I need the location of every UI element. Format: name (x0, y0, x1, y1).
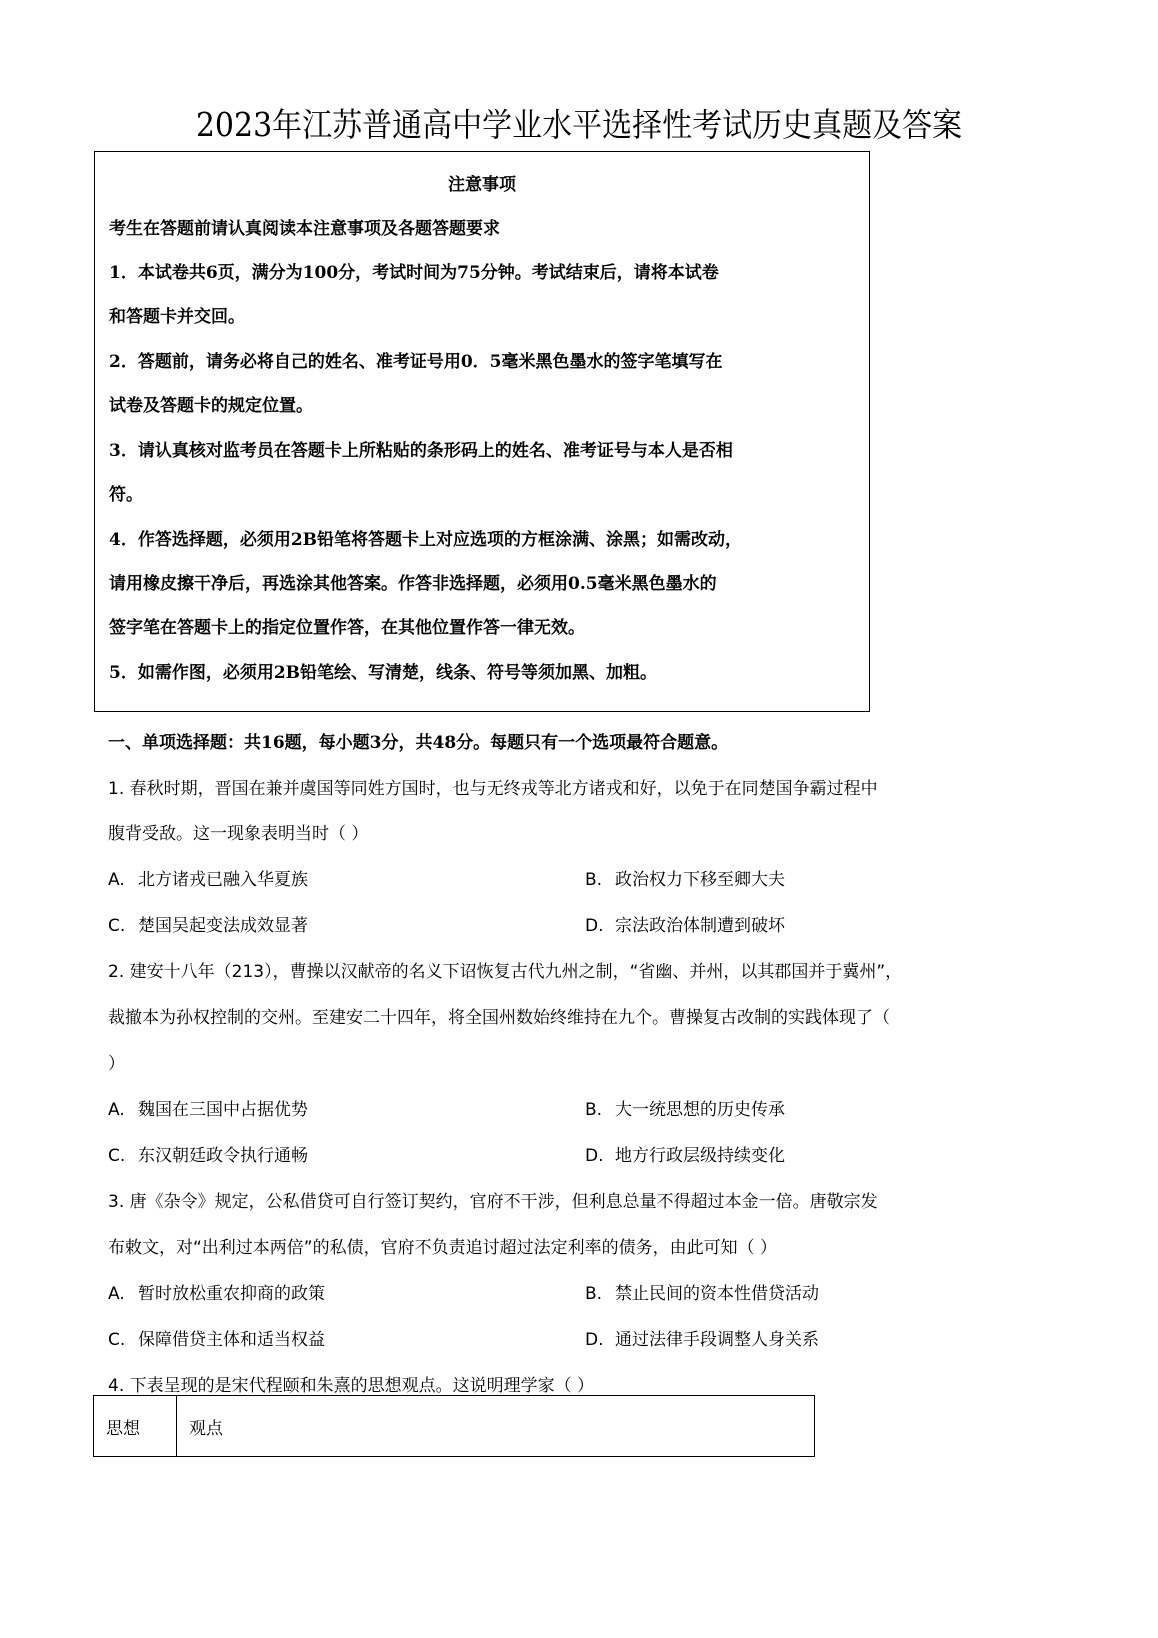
option-text: 魏国在三国中占据优势 (138, 1100, 308, 1120)
option-text: 北方诸戎已融入华夏族 (138, 870, 308, 890)
notice-line: 3．请认真核对监考员在答题卡上所粘贴的条形码上的姓名、准考证号与本人是否相 (109, 436, 733, 461)
page-title: 2023年江苏普通高中学业水平选择性考试历史真题及答案 (0, 98, 1158, 146)
table-header-cell: 思想 (94, 1396, 177, 1457)
option-letter: C. (108, 1330, 138, 1350)
option-letter: A. (108, 1284, 138, 1304)
notice-line: 请用橡皮擦干净后，再选涂其他答案。作答非选择题，必须用0.5毫米黑色墨水的 (109, 569, 717, 594)
option-text: 宗法政治体制遭到破坏 (615, 916, 785, 936)
option-text: 保障借贷主体和适当权益 (138, 1330, 325, 1350)
option-text: 楚国吴起变法成效显著 (138, 916, 308, 936)
notice-line: 5．如需作图，必须用2B铅笔绘、写清楚，线条、符号等须加黑、加粗。 (109, 658, 657, 683)
option-a: A.暂时放松重农抑商的政策 (108, 1279, 325, 1304)
option-letter: B. (585, 1100, 615, 1120)
question-text: 1. 春秋时期，晋国在兼并虞国等同姓方国时，也与无终戎等北方诸戎和好，以免于在同… (108, 774, 878, 799)
option-letter: B. (585, 870, 615, 890)
option-b: B.大一统思想的历史传承 (585, 1095, 785, 1120)
thought-table: 思想 观点 (93, 1395, 815, 1457)
option-d: D.通过法律手段调整人身关系 (585, 1325, 819, 1350)
question-text: 裁撤本为孙权控制的交州。至建安二十四年，将全国州数始终维持在九个。曹操复古改制的… (108, 1003, 890, 1028)
option-a: A.魏国在三国中占据优势 (108, 1095, 308, 1120)
option-d: D.宗法政治体制遭到破坏 (585, 911, 785, 936)
option-letter: D. (585, 1330, 615, 1350)
option-letter: C. (108, 1146, 138, 1166)
option-text: 政治权力下移至卿大夫 (615, 870, 785, 890)
question-text: ） (108, 1049, 125, 1074)
option-text: 通过法律手段调整人身关系 (615, 1330, 819, 1350)
option-letter: B. (585, 1284, 615, 1304)
option-text: 禁止民间的资本性借贷活动 (615, 1284, 819, 1304)
notice-line: 和答题卡并交回。 (109, 302, 245, 327)
option-d: D.地方行政层级持续变化 (585, 1141, 785, 1166)
table-header-row: 思想 观点 (94, 1396, 815, 1457)
question-text: 2. 建安十八年（213），曹操以汉献帝的名义下诏恢复古代九州之制，“省幽、并州… (108, 957, 902, 982)
notice-box: 注意事项 考生在答题前请认真阅读本注意事项及各题答题要求 1．本试卷共6页，满分… (94, 151, 870, 712)
section-heading: 一、单项选择题：共16题，每小题3分，共48分。每题只有一个选项最符合题意。 (108, 728, 728, 753)
option-letter: A. (108, 870, 138, 890)
option-letter: C. (108, 916, 138, 936)
notice-title: 注意事项 (95, 170, 869, 195)
question-text: 4. 下表呈现的是宋代程颐和朱熹的思想观点。这说明理学家（ ） (108, 1371, 594, 1396)
option-text: 东汉朝廷政令执行通畅 (138, 1146, 308, 1166)
notice-line: 2．答题前，请务必将自己的姓名、准考证号用0．5毫米黑色墨水的签字笔填写在 (109, 347, 722, 372)
question-text: 腹背受敌。这一现象表明当时（ ） (108, 819, 368, 844)
option-letter: D. (585, 1146, 615, 1166)
option-a: A.北方诸戎已融入华夏族 (108, 865, 308, 890)
option-b: B.政治权力下移至卿大夫 (585, 865, 785, 890)
question-text: 布敕文，对“出利过本两倍”的私债，官府不负责追讨超过法定利率的债务，由此可知（ … (108, 1233, 777, 1258)
notice-line: 符。 (109, 480, 143, 505)
option-text: 地方行政层级持续变化 (615, 1146, 785, 1166)
question-text: 3. 唐《杂令》规定，公私借贷可自行签订契约，官府不干涉，但利息总量不得超过本金… (108, 1187, 878, 1212)
notice-line: 签字笔在答题卡上的指定位置作答，在其他位置作答一律无效。 (109, 613, 585, 638)
option-letter: A. (108, 1100, 138, 1120)
table-header-cell: 观点 (177, 1396, 815, 1457)
notice-line: 1．本试卷共6页，满分为100分，考试时间为75分钟。考试结束后，请将本试卷 (109, 258, 719, 283)
notice-line: 4．作答选择题，必须用2B铅笔将答题卡上对应选项的方框涂满、涂黑；如需改动， (109, 525, 742, 550)
option-letter: D. (585, 916, 615, 936)
notice-line: 试卷及答题卡的规定位置。 (109, 391, 313, 416)
option-c: C.东汉朝廷政令执行通畅 (108, 1141, 308, 1166)
option-text: 大一统思想的历史传承 (615, 1100, 785, 1120)
option-text: 暂时放松重农抑商的政策 (138, 1284, 325, 1304)
option-c: C.保障借贷主体和适当权益 (108, 1325, 325, 1350)
option-b: B.禁止民间的资本性借贷活动 (585, 1279, 819, 1304)
notice-line: 考生在答题前请认真阅读本注意事项及各题答题要求 (109, 214, 500, 239)
option-c: C.楚国吴起变法成效显著 (108, 911, 308, 936)
